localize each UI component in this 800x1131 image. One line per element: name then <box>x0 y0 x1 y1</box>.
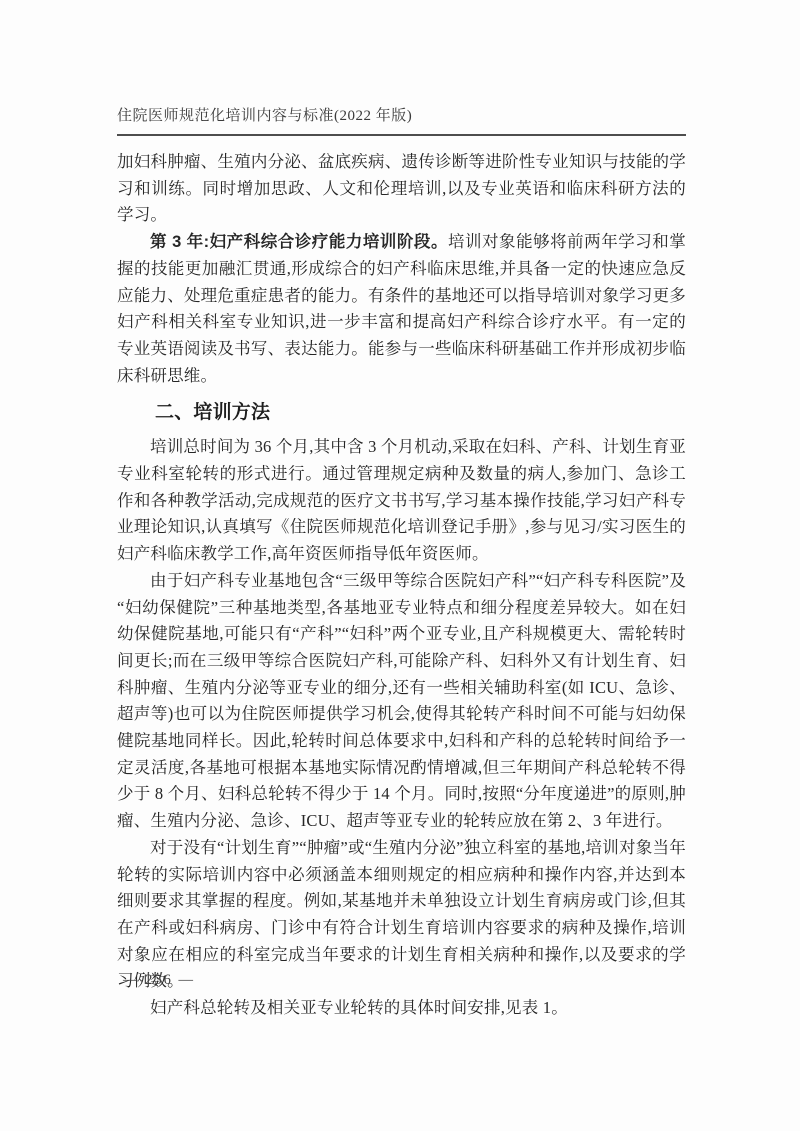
running-header: 住院医师规范化培训内容与标准(2022 年版) <box>117 106 686 136</box>
paragraph-method-3: 对于没有“计划生育”“肿瘤”或“生殖内分泌”独立科室的基地,培训对象当年轮转的实… <box>117 835 686 995</box>
section-heading-training-methods: 二、培训方法 <box>117 399 686 426</box>
paragraph-method-1: 培训总时间为 36 个月,其中含 3 个月机动,采取在妇科、产科、计划生育亚专业… <box>117 434 686 568</box>
paragraph-year3-text: 培训对象能够将前两年学习和掌握的技能更加融汇贯通,形成综合的妇产科临床思维,并具… <box>117 232 686 385</box>
paragraph-continuation: 加妇科肿瘤、生殖内分泌、盆底疾病、遗传诊断等进阶性专业知识与技能的学习和训练。同… <box>117 149 686 229</box>
document-page: 住院医师规范化培训内容与标准(2022 年版) 加妇科肿瘤、生殖内分泌、盆底疾病… <box>0 0 800 1131</box>
paragraph-method-2: 由于妇产科专业基地包含“三级甲等综合医院妇产科”“妇产科专科医院”及“妇幼保健院… <box>117 568 686 835</box>
page-body: 加妇科肿瘤、生殖内分泌、盆底疾病、遗传诊断等进阶性专业知识与技能的学习和训练。同… <box>117 149 686 1022</box>
paragraph-method-4: 妇产科总轮转及相关亚专业轮转的具体时间安排,见表 1。 <box>117 995 686 1022</box>
paragraph-year3-bold-lead: 第 3 年:妇产科综合诊疗能力培训阶段。 <box>150 233 448 251</box>
paragraph-year3: 第 3 年:妇产科综合诊疗能力培训阶段。培训对象能够将前两年学习和掌握的技能更加… <box>117 229 686 389</box>
running-header-title: 住院医师规范化培训内容与标准(2022 年版) <box>117 108 412 124</box>
page-number: — 236 — <box>123 972 195 989</box>
